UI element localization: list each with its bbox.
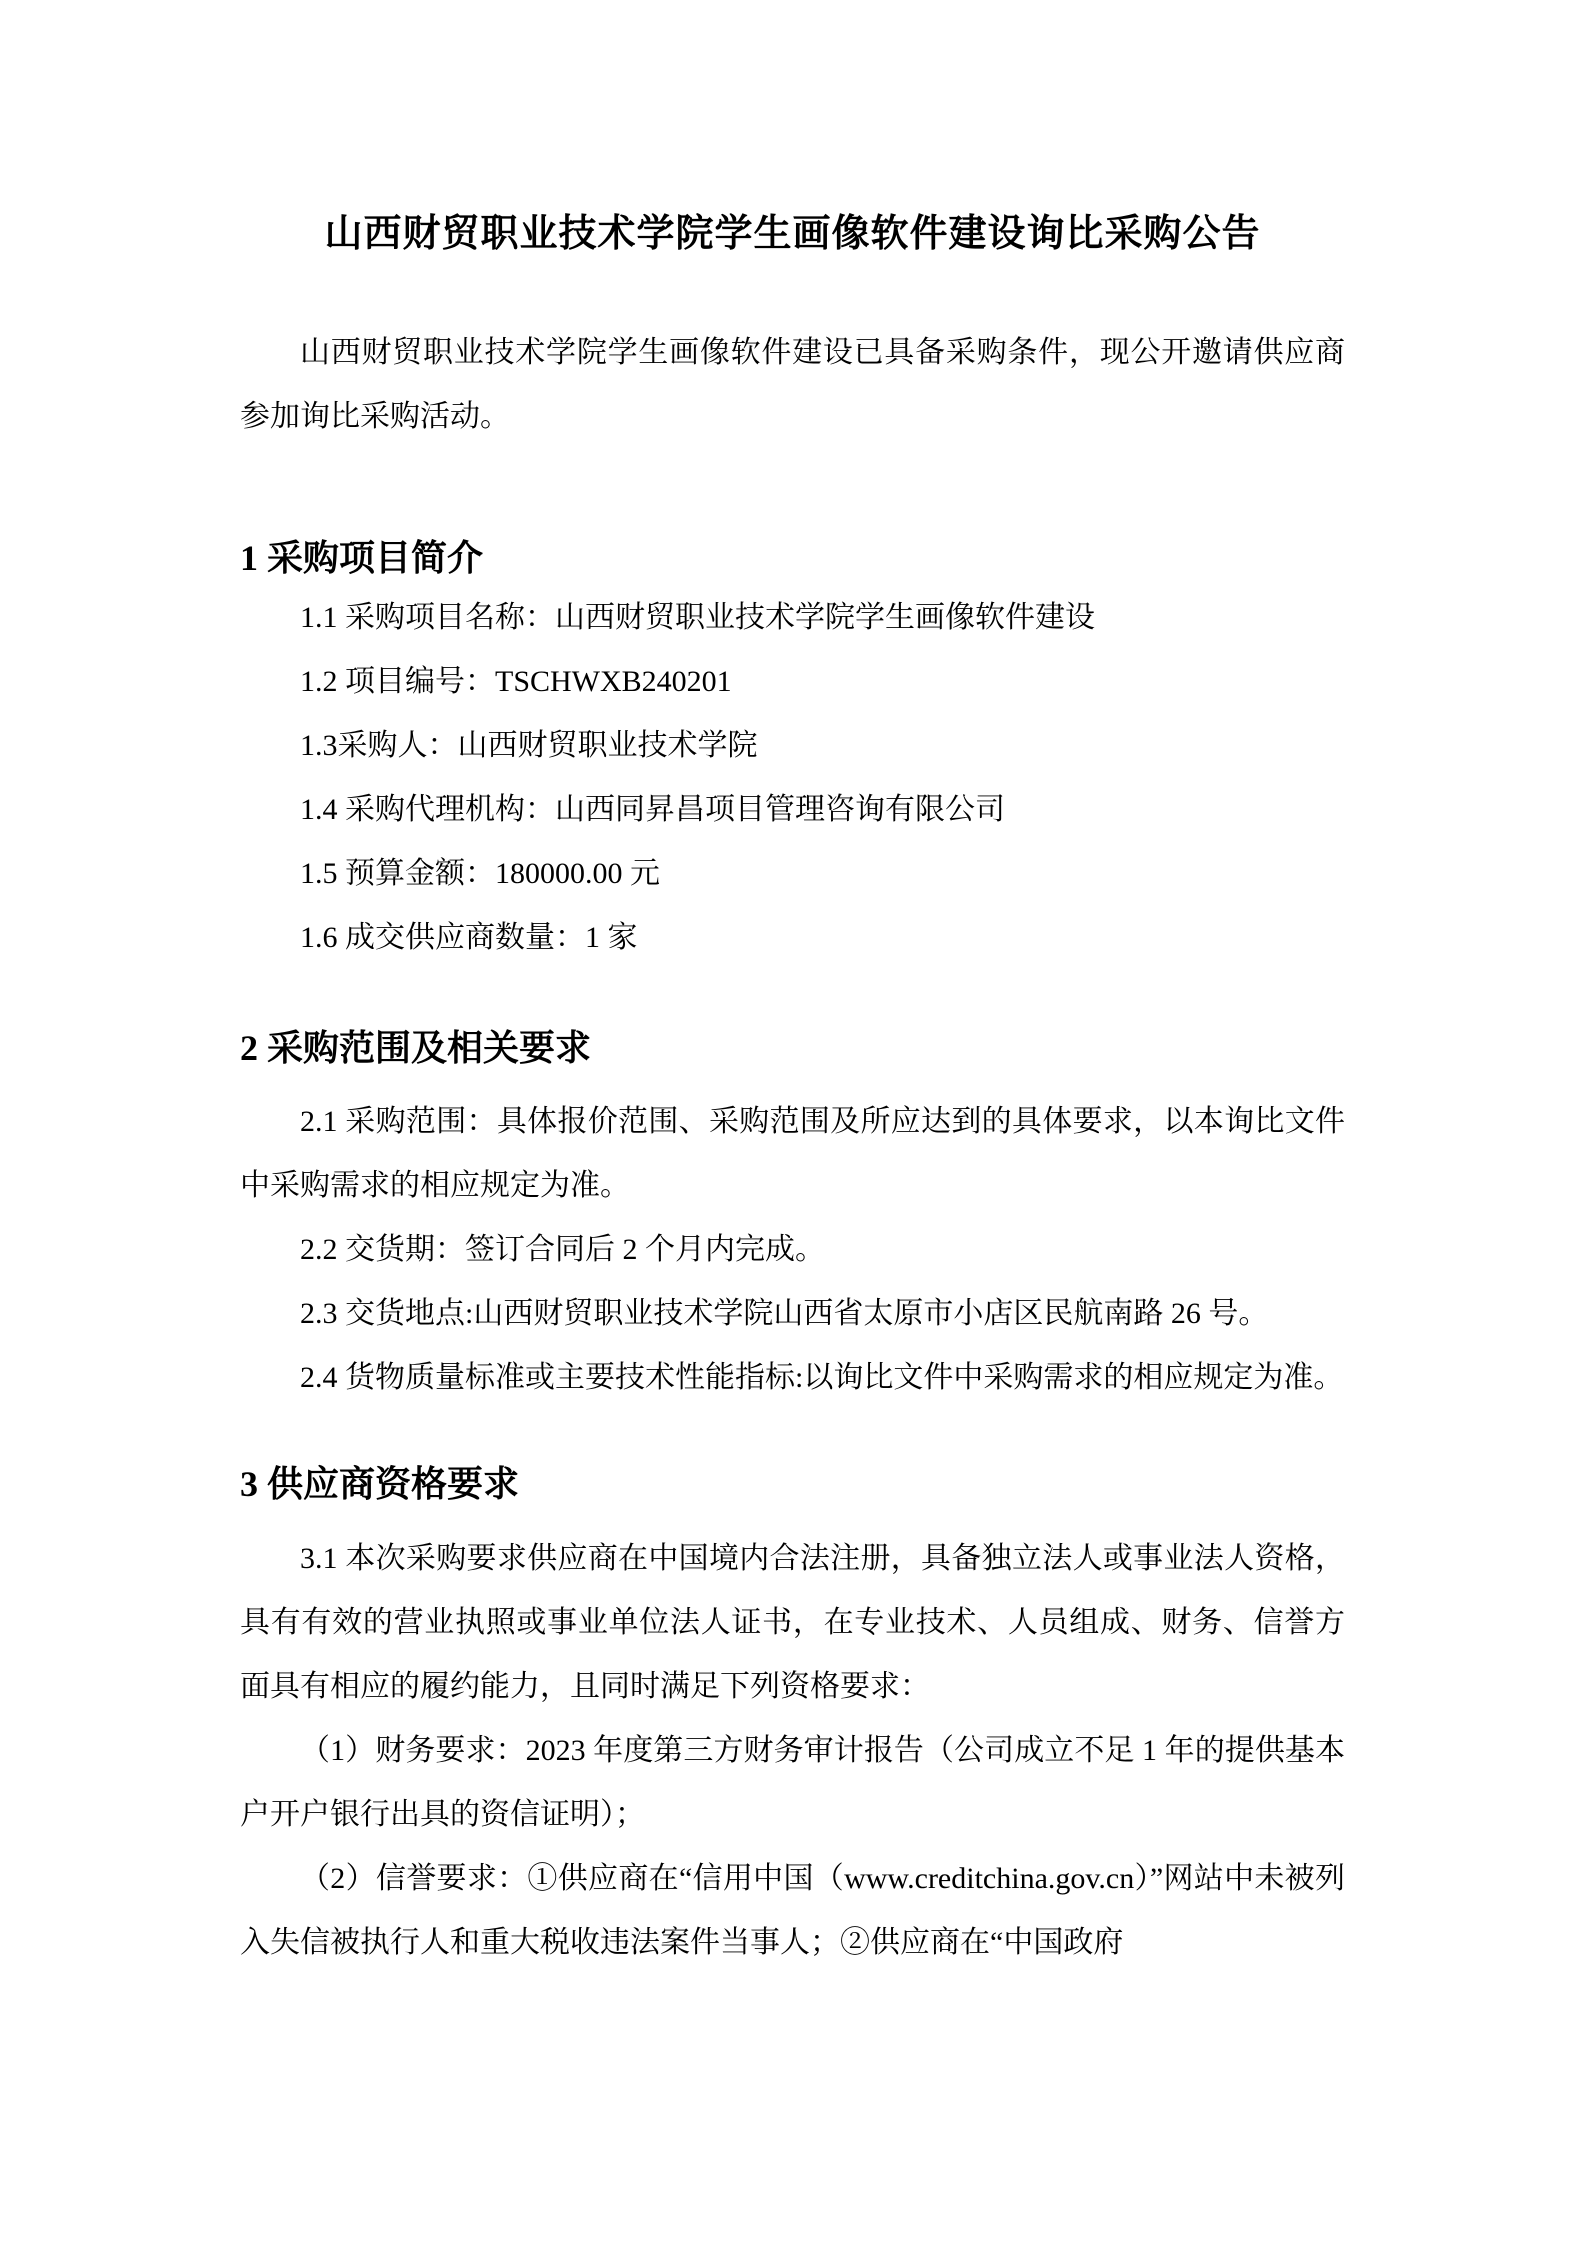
item-3-sub-2: （2）信誉要求：①供应商在“信用中国（www.creditchina.gov.c… [240,1847,1345,1975]
item-2-4: 2.4 货物质量标准或主要技术性能指标:以询比文件中采购需求的相应规定为准。 [240,1346,1345,1410]
section-3-heading: 3 供应商资格要求 [240,1459,1345,1509]
item-1-2: 1.2 项目编号：TSCHWXB240201 [240,650,1345,714]
item-1-4: 1.4 采购代理机构：山西同昇昌项目管理咨询有限公司 [240,778,1345,842]
item-3-sub-1: （1）财务要求：2023 年度第三方财务审计报告（公司成立不足 1 年的提供基本… [240,1719,1345,1847]
intro-paragraph: 山西财贸职业技术学院学生画像软件建设已具备采购条件，现公开邀请供应商参加询比采购… [240,321,1345,449]
document-content: 山西财贸职业技术学院学生画像软件建设询比采购公告 山西财贸职业技术学院学生画像软… [240,0,1345,1975]
item-1-3: 1.3采购人：山西财贸职业技术学院 [240,714,1345,778]
section-1-heading: 1 采购项目简介 [240,533,1345,583]
item-2-2: 2.2 交货期：签订合同后 2 个月内完成。 [240,1218,1345,1282]
document-page: 山西财贸职业技术学院学生画像软件建设询比采购公告 山西财贸职业技术学院学生画像软… [0,0,1587,2245]
item-1-1: 1.1 采购项目名称：山西财贸职业技术学院学生画像软件建设 [240,586,1345,650]
item-3-1: 3.1 本次采购要求供应商在中国境内合法注册，具备独立法人或事业法人资格，具有有… [240,1527,1345,1719]
item-2-1: 2.1 采购范围：具体报价范围、采购范围及所应达到的具体要求，以本询比文件中采购… [240,1090,1345,1218]
item-2-3: 2.3 交货地点:山西财贸职业技术学院山西省太原市小店区民航南路 26 号。 [240,1282,1345,1346]
item-1-6: 1.6 成交供应商数量：1 家 [240,906,1345,970]
section-2-heading: 2 采购范围及相关要求 [240,1023,1345,1073]
item-1-5: 1.5 预算金额：180000.00 元 [240,842,1345,906]
document-title: 山西财贸职业技术学院学生画像软件建设询比采购公告 [240,206,1345,262]
